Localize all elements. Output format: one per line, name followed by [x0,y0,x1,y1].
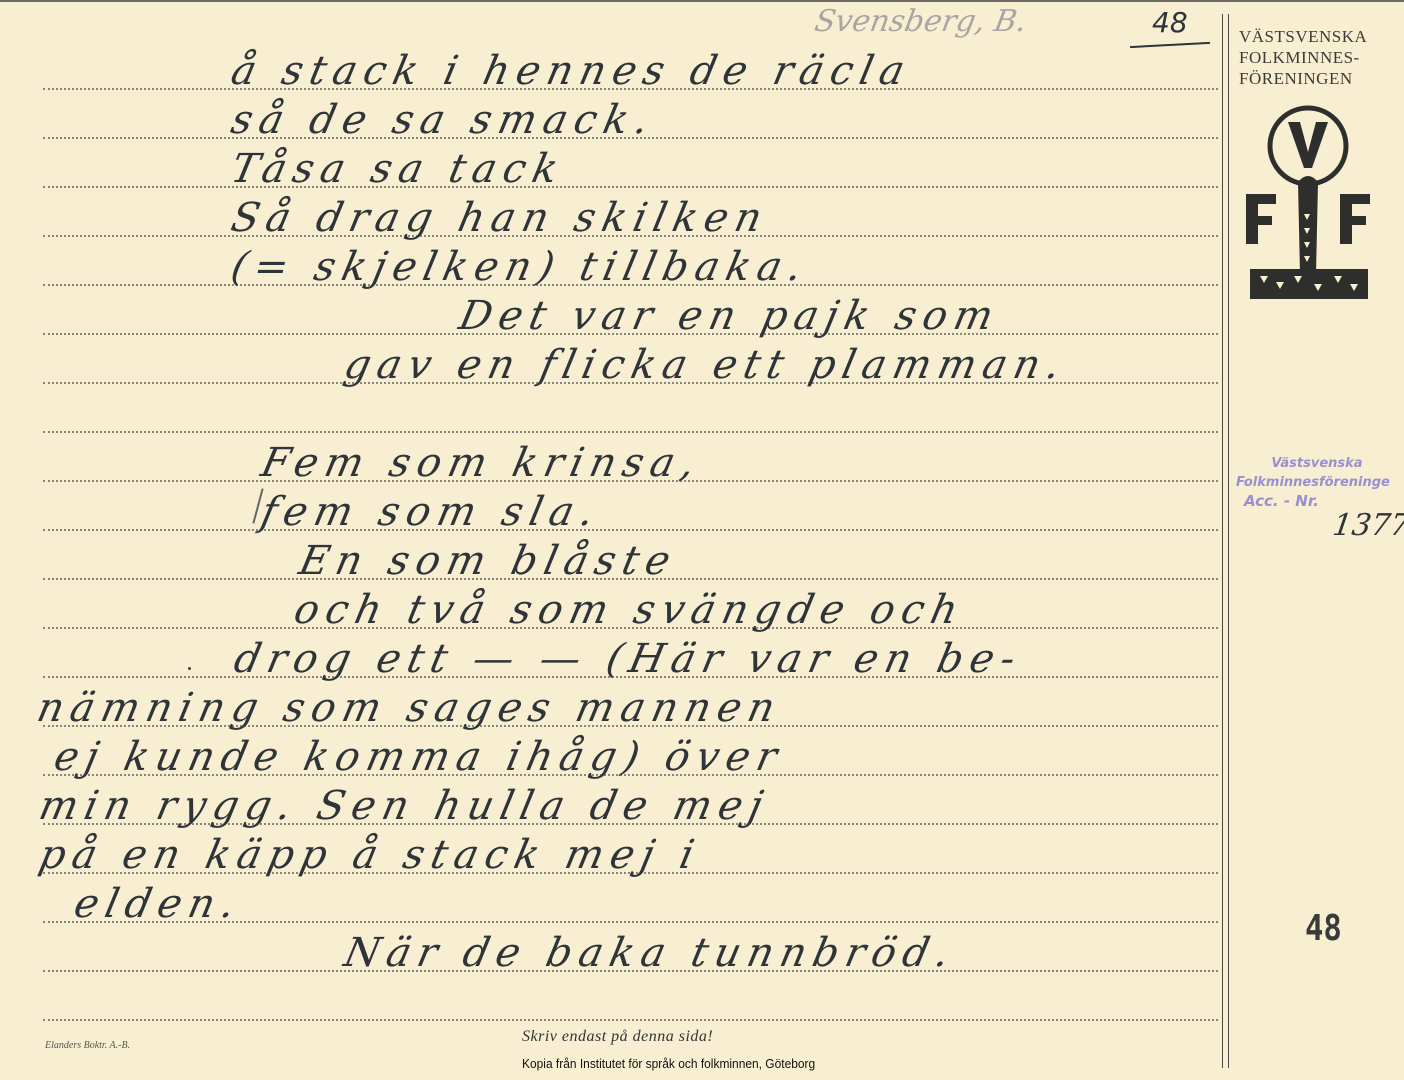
org-line-2: FOLKMINNES- [1239,47,1367,68]
handwritten-line: Fem som krinsa, [257,440,706,486]
handwritten-line: på en käpp å stack mej i [35,832,705,878]
handwritten-line: Så drag han skilken [227,195,773,241]
handwritten-page-number: 48 [1152,6,1188,39]
page-number-underline [1130,42,1210,48]
handwritten-line: Det var en pajk som [455,293,1004,339]
handwritten-line: å stack i hennes de räcla [227,48,916,94]
handwritten-line: så de sa smack. [227,97,660,143]
scan-edge [0,0,1404,2]
informant-annotation: Svensberg, B. [812,4,1029,39]
org-line-3: FÖRENINGEN [1239,68,1367,89]
copy-notice: Kopia från Institutet för språk och folk… [522,1056,815,1071]
handwritten-line: (= skjelken) tillbaka. [227,244,813,290]
handwritten-line: fem som sla. [257,489,605,535]
margin-line-right [1228,14,1229,1068]
handwritten-line: När de baka tunnbröd. [340,930,960,976]
accession-number: 1377 [1331,508,1404,543]
ruled-line [43,186,1218,188]
thors-hammer-logo-icon [1238,104,1378,314]
writing-instruction: Skriv endast på denna sida! [522,1028,713,1046]
handwritten-line: elden. [70,881,246,927]
handwritten-line: drog ett — — (Här var en be- [230,636,1026,682]
handwritten-line: gav en flicka ett plamman. [340,342,1071,388]
printed-page-number: 48 [1305,908,1342,949]
handwritten-line: En som blåste [295,538,681,584]
handwritten-line: min rygg. Sen hulla de mej [35,783,774,829]
handwritten-line: nämning som sages mannen [33,685,786,731]
handwritten-line: ej kunde komma ihåg) över [50,734,788,780]
org-line-1: VÄSTSVENSKA [1239,26,1367,47]
printer-imprint: Elanders Boktr. A.-B. [45,1040,130,1051]
ruled-line [43,529,1218,531]
stamp-line-2: Folkminnesföreninge [1236,473,1390,492]
ruled-line [43,1019,1218,1021]
accession-stamp: Västsvenska Folkminnesföreninge Acc. - N… [1236,454,1390,511]
handwritten-line: och två som svängde och [290,587,969,633]
margin-line-left [1222,14,1223,1068]
handwritten-line: Tåsa sa tack [227,146,569,192]
organization-name: VÄSTSVENSKA FOLKMINNES- FÖRENINGEN [1239,26,1367,89]
stamp-line-1: Västsvenska [1236,454,1390,473]
ruled-line [43,431,1218,433]
ink-dot [188,667,191,670]
